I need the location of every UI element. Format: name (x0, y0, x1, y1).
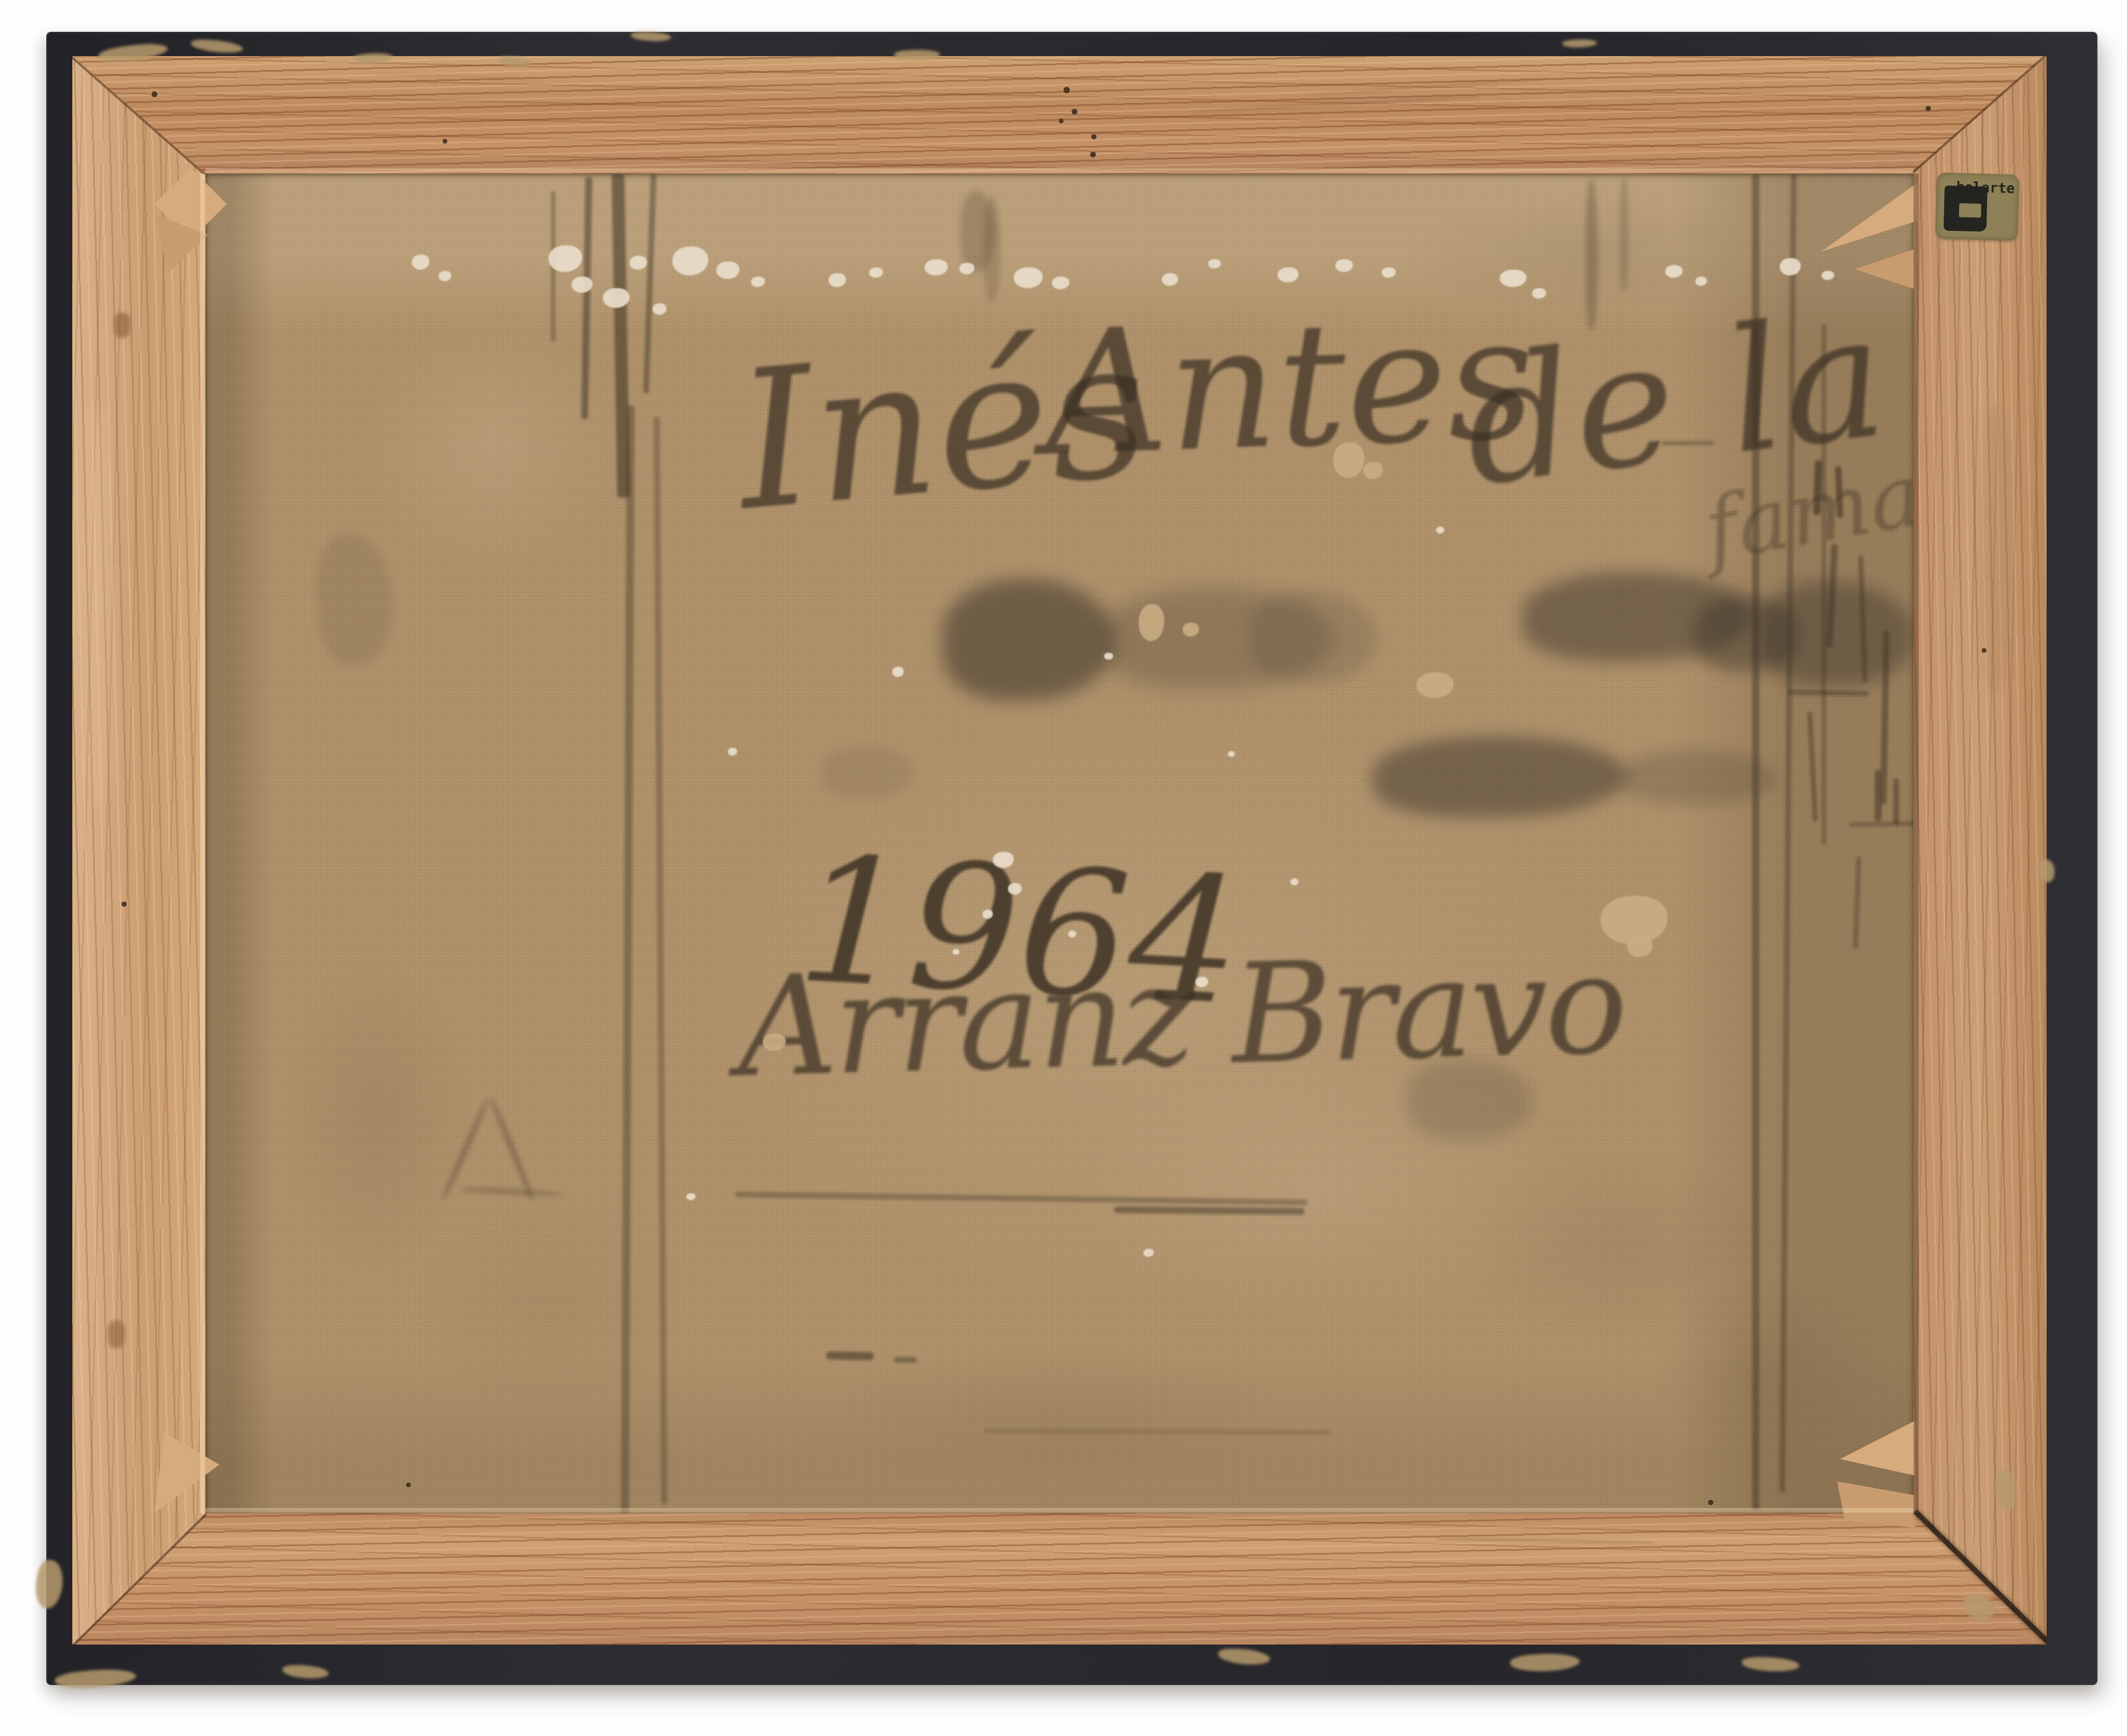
paint-spot (672, 247, 708, 275)
worm-hole (122, 902, 127, 907)
paint-spot (1821, 271, 1834, 280)
paint-spot (1290, 878, 1298, 885)
paint-spot (869, 267, 883, 278)
stretcher-frame: Inés Antes de la fama 1964 Arranz Bravo (72, 56, 2047, 1645)
rub-streak (894, 1357, 917, 1363)
canvas-back: Inés Antes de la fama 1964 Arranz Bravo (205, 174, 1913, 1513)
wood-mark (114, 312, 130, 338)
paint-spot (630, 256, 647, 270)
paint-spot (751, 277, 765, 287)
charcoal-smudge (489, 1097, 535, 1201)
fray-fibers (2040, 859, 2055, 882)
paint-spot (1228, 751, 1235, 757)
paint-spot (959, 263, 974, 274)
photo-backdrop: Inés Antes de la fama 1964 Arranz Bravo … (0, 0, 2127, 1736)
paint-spot (1162, 273, 1178, 286)
belarte-brand-text: belarte (1956, 179, 2015, 197)
stretcher-bar-bottom (72, 1513, 2047, 1645)
rub-streak (1849, 821, 1913, 827)
rub-streak (1807, 712, 1818, 822)
rub-streak (1788, 690, 1869, 696)
worm-hole (1072, 109, 1077, 115)
paint-spot (439, 271, 451, 281)
stretcher-bar-top (72, 56, 2047, 174)
wood-mark (108, 1321, 125, 1348)
shade-patch (405, 1186, 694, 1418)
frame-outer-edge: Inés Antes de la fama 1964 Arranz Bravo (46, 32, 2097, 1685)
worm-hole (443, 139, 447, 144)
paint-spot (892, 667, 904, 677)
paint-spot (549, 245, 582, 272)
shade-patch (1649, 1273, 1892, 1464)
worm-hole (1063, 87, 1070, 93)
paint-spot (1780, 258, 1801, 275)
charcoal-smudge (1250, 590, 1377, 683)
paint-spot (1014, 267, 1043, 288)
shade-patch (822, 1343, 1296, 1493)
charcoal-smudge (1372, 734, 1628, 819)
belarte-logo-window (1959, 203, 1982, 218)
rub-streak (1893, 778, 1899, 825)
stretcher-bar-right (1913, 56, 2047, 1645)
worm-hole (1982, 648, 1986, 653)
paint-spot (829, 273, 846, 287)
worm-hole (1926, 106, 1931, 111)
worm-hole (406, 1483, 411, 1487)
paint-spot (716, 262, 739, 279)
paint-spot (412, 255, 429, 270)
rub-streak (826, 1351, 874, 1360)
worm-hole (1091, 134, 1096, 139)
charcoal-smudge (984, 197, 1001, 301)
worm-hole (1090, 152, 1096, 157)
worm-hole (152, 91, 157, 97)
rub-streak (643, 174, 656, 393)
paint-spot (653, 303, 667, 315)
wood-mark (87, 405, 110, 810)
stretcher-bar-left (72, 56, 205, 1645)
paint-spot (1436, 527, 1444, 534)
charcoal-smudge (822, 746, 914, 799)
worm-hole (1059, 119, 1063, 123)
paint-spot (1052, 277, 1069, 289)
rub-streak (1875, 770, 1882, 822)
paint-spot (1208, 259, 1221, 269)
paint-spot (1335, 259, 1353, 272)
paint-spot (1278, 267, 1298, 282)
charcoal-smudge (1695, 596, 1800, 671)
charcoal-smudge (940, 576, 1117, 703)
rub-streak (1853, 856, 1861, 949)
worm-hole (1708, 1500, 1713, 1505)
paint-spot (728, 748, 737, 756)
inscription-signature: Arranz Bravo (736, 936, 1626, 1097)
paint-spot (925, 259, 948, 275)
charcoal-smudge (1620, 176, 1628, 292)
charcoal-smudge (1621, 749, 1778, 804)
stain-patch (1416, 672, 1453, 698)
belarte-label: belarte (1935, 172, 2019, 241)
stain-patch (1627, 936, 1653, 957)
